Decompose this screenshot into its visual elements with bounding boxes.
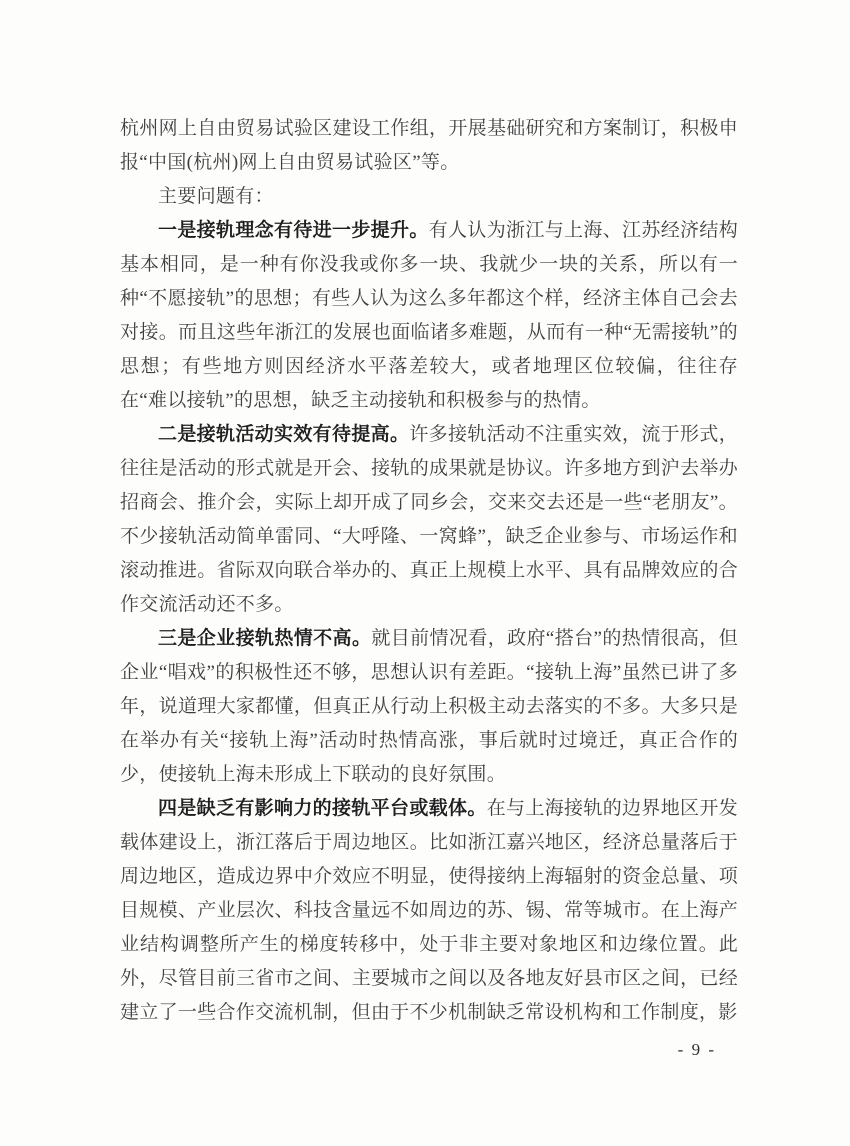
para-issue-1: 一是接轨理念有待进一步提升。有人认为浙江与上海、江苏经济结构基本相同，是一种有你… bbox=[120, 214, 738, 418]
para-main-issues-text: 主要问题有： bbox=[158, 186, 274, 207]
issue-2-body: 许多接轨活动不注重实效，流于形式，往往是活动的形式就是开会、接轨的成果就是协议。… bbox=[120, 424, 738, 615]
text-block: 杭州网上自由贸易试验区建设工作组，开展基础研究和方案制订，积极申报“中国(杭州)… bbox=[120, 112, 738, 1030]
issue-1-body: 有人认为浙江与上海、江苏经济结构基本相同，是一种有你没我或你多一块、我就少一块的… bbox=[120, 220, 738, 411]
issue-2-lead: 二是接轨活动实效有待提高。 bbox=[158, 424, 409, 445]
para-continuation-text: 杭州网上自由贸易试验区建设工作组，开展基础研究和方案制订，积极申报“中国(杭州)… bbox=[120, 118, 738, 173]
para-main-issues-label: 主要问题有： bbox=[120, 180, 738, 214]
issue-3-lead: 三是企业接轨热情不高。 bbox=[158, 628, 371, 649]
para-issue-4: 四是缺乏有影响力的接轨平台或载体。在与上海接轨的边界地区开发载体建设上，浙江落后… bbox=[120, 792, 738, 1030]
issue-3-body: 就目前情况看，政府“搭台”的热情很高，但企业“唱戏”的积极性还不够，思想认识有差… bbox=[120, 628, 738, 785]
document-page: 杭州网上自由贸易试验区建设工作组，开展基础研究和方案制订，积极申报“中国(杭州)… bbox=[0, 0, 850, 1146]
para-issue-3: 三是企业接轨热情不高。就目前情况看，政府“搭台”的热情很高，但企业“唱戏”的积极… bbox=[120, 622, 738, 792]
issue-4-body: 在与上海接轨的边界地区开发载体建设上，浙江落后于周边地区。比如浙江嘉兴地区，经济… bbox=[120, 798, 738, 1023]
para-continuation: 杭州网上自由贸易试验区建设工作组，开展基础研究和方案制订，积极申报“中国(杭州)… bbox=[120, 112, 738, 180]
issue-4-lead: 四是缺乏有影响力的接轨平台或载体。 bbox=[158, 798, 487, 819]
para-issue-2: 二是接轨活动实效有待提高。许多接轨活动不注重实效，流于形式，往往是活动的形式就是… bbox=[120, 418, 738, 622]
page-number: - 9 - bbox=[120, 1040, 738, 1060]
issue-1-lead: 一是接轨理念有待进一步提升。 bbox=[158, 220, 429, 241]
